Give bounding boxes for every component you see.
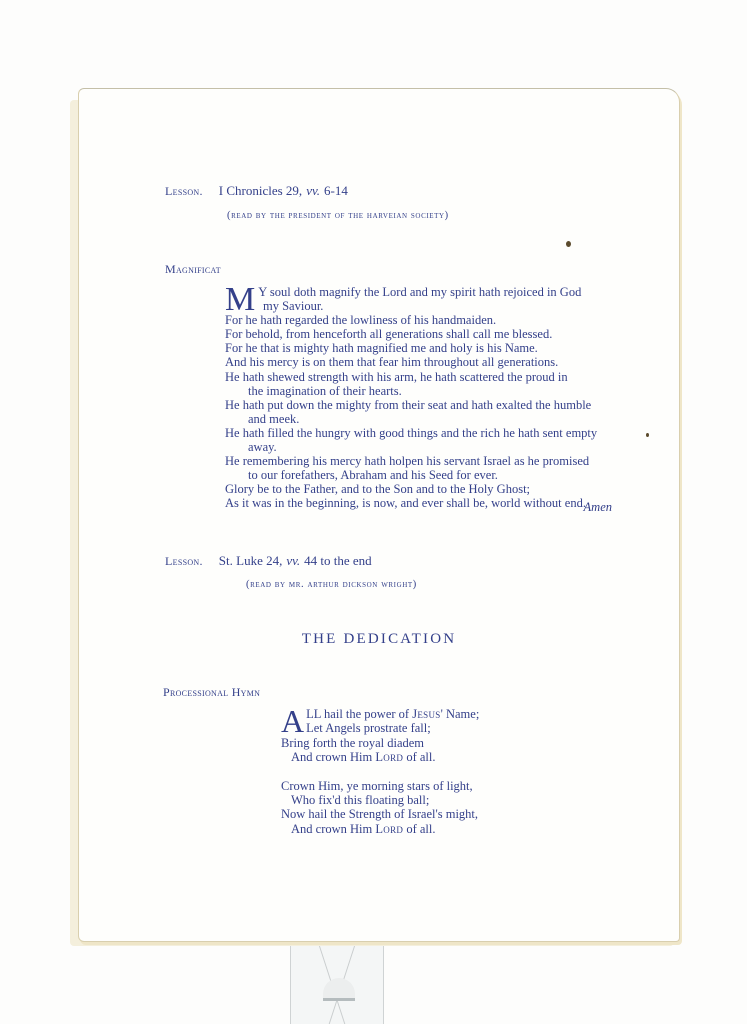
- verse-continuation: and meek.: [225, 412, 612, 426]
- hymn-line: Bring forth the royal diadem: [281, 736, 521, 750]
- hymn-line: Let Angels prostrate fall;: [281, 721, 521, 735]
- verse-text: He hath put down the mighty from their s…: [225, 398, 591, 412]
- hymn-label: Processional Hymn: [163, 685, 260, 700]
- lesson-1-reference: I Chronicles 29,: [219, 183, 302, 198]
- verse-continuation: to our forefathers, Abraham and his Seed…: [225, 468, 612, 482]
- lesson-1-verses: 6-14: [324, 183, 348, 198]
- lesson-2-reference: St. Luke 24,: [219, 553, 283, 568]
- hymn-line: And crown Him Lord of all.: [281, 822, 521, 836]
- verse-text: For he hath regarded the lowliness of hi…: [225, 313, 496, 327]
- hymn-text: ALL hail the power of Jesus' Name;Let An…: [281, 707, 521, 850]
- lesson-1-reader-note: (read by the president of the harveian s…: [227, 210, 449, 221]
- hymn-line: ALL hail the power of Jesus' Name;: [281, 707, 521, 721]
- verse-continuation: my Saviour.: [225, 299, 612, 313]
- verse-continuation: away.: [225, 440, 612, 454]
- canticle-verse: For he hath regarded the lowliness of hi…: [225, 313, 612, 327]
- canticle-verse: He hath put down the mighty from their s…: [225, 398, 612, 412]
- hymn-line: Now hail the Strength of Israel's might,: [281, 807, 521, 821]
- drop-cap: M: [225, 287, 255, 313]
- hymn-line: And crown Him Lord of all.: [281, 750, 521, 764]
- section-heading: THE DEDICATION: [79, 631, 679, 648]
- lesson-1: Lesson. I Chronicles 29, vv. 6-14: [165, 182, 348, 200]
- hymn-stanza: Crown Him, ye morning stars of light,Who…: [281, 779, 521, 837]
- verse-text: And his mercy is on them that fear him t…: [225, 355, 558, 369]
- verse-continuation: the imagination of their hearts.: [225, 384, 612, 398]
- magnificat-label: Magnificat: [165, 262, 221, 277]
- verse-text: For behold, from henceforth all generati…: [225, 327, 552, 341]
- canticle-verse: For behold, from henceforth all generati…: [225, 327, 612, 341]
- lesson-2-verses-abbr: vv.: [286, 553, 300, 568]
- drop-cap: A: [281, 709, 304, 735]
- verse-text: Glory be to the Father, and to the Son a…: [225, 482, 530, 496]
- canticle-verse: Glory be to the Father, and to the Son a…: [225, 482, 612, 496]
- hymn-line: Who fix'd this floating ball;: [281, 793, 521, 807]
- hymn-line: Crown Him, ye morning stars of light,: [281, 779, 521, 793]
- hymn-stanza: ALL hail the power of Jesus' Name;Let An…: [281, 707, 521, 765]
- lesson-2-label: Lesson.: [165, 554, 203, 568]
- canticle-verse: He remembering his mercy hath holpen his…: [225, 454, 612, 468]
- lesson-2-verses: 44 to the end: [304, 553, 372, 568]
- canticle-verse: MY soul doth magnify the Lord and my spi…: [225, 285, 612, 299]
- lesson-1-label: Lesson.: [165, 184, 203, 198]
- canticle-verse: He hath filled the hungry with good thin…: [225, 426, 612, 440]
- magnificat-amen: Amen: [225, 500, 612, 515]
- order-of-service-page: Lesson. I Chronicles 29, vv. 6-14 (read …: [78, 88, 680, 942]
- verse-text: He hath shewed strength with his arm, he…: [225, 370, 568, 384]
- lesson-2: Lesson. St. Luke 24, vv. 44 to the end: [165, 552, 372, 570]
- magnificat-text: MY soul doth magnify the Lord and my spi…: [225, 285, 612, 511]
- verse-text: He hath filled the hungry with good thin…: [225, 426, 597, 440]
- lesson-1-verses-abbr: vv.: [306, 183, 320, 198]
- verse-text: Y soul doth magnify the Lord and my spir…: [258, 285, 581, 299]
- canticle-verse: He hath shewed strength with his arm, he…: [225, 370, 612, 384]
- lesson-2-reader-note: (read by mr. arthur dickson wright): [246, 579, 417, 590]
- ink-spot: [646, 433, 649, 437]
- canticle-verse: For he that is mighty hath magnified me …: [225, 341, 612, 355]
- ink-spot: [566, 241, 571, 247]
- verse-text: He remembering his mercy hath holpen his…: [225, 454, 589, 468]
- page-stand: [290, 940, 384, 1024]
- stand-notch: [323, 978, 355, 1001]
- verse-text: For he that is mighty hath magnified me …: [225, 341, 538, 355]
- canticle-verse: And his mercy is on them that fear him t…: [225, 355, 612, 369]
